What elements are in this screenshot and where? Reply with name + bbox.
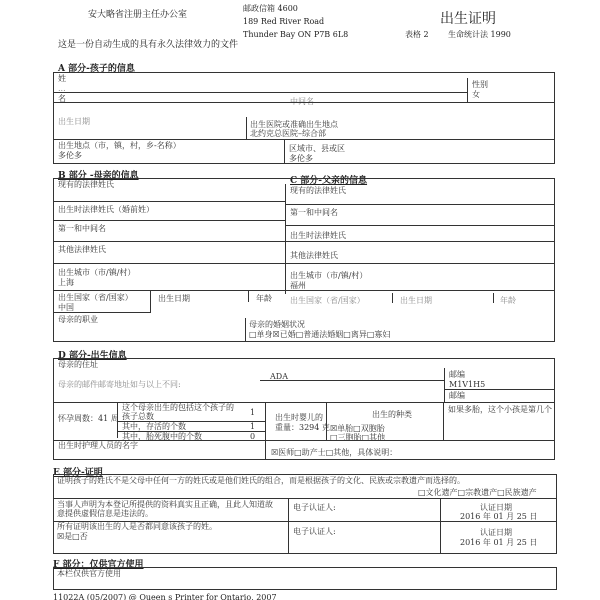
father-other-surname-label: 其他法律姓氏 xyxy=(290,251,338,260)
total-children-label: 这个母亲出生的包括这个孩子的孩子总数 xyxy=(122,403,234,421)
mother-residence-label: 母亲的住址 xyxy=(58,360,98,369)
mother-birth-date-label: 出生日期 xyxy=(158,294,190,303)
attendant-type-options[interactable]: ☒医师□助产士□其他，具体说明： xyxy=(271,448,397,457)
sex-label: 性别 xyxy=(472,80,488,89)
mother-birth-city-value: 上海 xyxy=(58,278,74,287)
declaration-line-2: 意提供虚假信息是违法的。 xyxy=(57,509,153,518)
mother-age-label: 年龄 xyxy=(256,294,272,303)
child-surname-label: 姓 xyxy=(58,74,66,83)
permanent-notice: 这是一份自动生成的具有永久法律效力的文件 xyxy=(58,40,238,50)
certifier-label-1: 电子认证人: xyxy=(293,503,336,512)
surname-heritage-statement: 证明孩子的姓氏不是父母中任何一方的姓氏或是他们姓氏的组合，而是根据孩子的文化、民… xyxy=(57,476,465,485)
father-age-label: 年龄 xyxy=(500,296,516,305)
birth-type-line-1[interactable]: ☒单胎□双胞胎 xyxy=(330,424,385,433)
region-value: 多伦多 xyxy=(289,154,313,163)
postal-code-value: M1V1H5 xyxy=(449,380,485,389)
father-birth-date-label: 出生日期 xyxy=(400,296,432,305)
gestation-weeks: 怀孕周数：41 周 xyxy=(58,414,119,423)
declaration-line-1: 当事人声明为本登记所提供的资料真实且正确，且此人知道故 xyxy=(57,500,273,509)
father-first-middle-label: 第一和中间名 xyxy=(290,208,338,217)
address-line-1: 邮政信箱 4600 xyxy=(243,4,298,13)
section-f-box xyxy=(53,567,557,590)
address-line-2: 189 Red River Road xyxy=(243,17,324,26)
living-count-label: 其中，存活的个数 xyxy=(122,422,186,431)
marital-status-options[interactable]: □单身☒已婚□普通法婚姻□离异□寡妇 xyxy=(249,330,390,339)
mother-occupation-label: 母亲的职业 xyxy=(58,315,98,324)
form-number: 表格 2 xyxy=(405,30,429,39)
certification-date-value-1: 2016 年 01 月 25 日 xyxy=(460,512,537,521)
marital-status-label: 母亲的婚姻状况 xyxy=(249,320,305,329)
father-current-surname-label: 现有的法律姓氏 xyxy=(290,186,346,195)
sex-value: 女 xyxy=(472,90,480,99)
certifier-label-2: 电子认证人: xyxy=(293,527,336,536)
statute-name: 生命统计法 1990 xyxy=(448,30,511,39)
father-birth-city-value: 福州 xyxy=(290,281,306,290)
consent-label: 所有证明该出生的人是否都同意该孩子的姓。 xyxy=(57,522,217,531)
certification-date-label-1: 认证日期 xyxy=(480,503,512,512)
father-birth-surname-label: 出生时法律姓氏 xyxy=(290,231,346,240)
total-children-value: 1 xyxy=(250,408,255,417)
mother-birth-city-label: 出生城市（市/镇/村） xyxy=(58,268,135,277)
mother-first-middle-label: 第一和中间名 xyxy=(58,224,106,233)
heritage-options[interactable]: □文化遗产□宗教遗产□民族遗产 xyxy=(418,488,537,497)
living-count-value: 1 xyxy=(250,422,255,431)
region-label: 区域市、县或区 xyxy=(289,144,345,153)
hospital-value: 北约克总医院–综合部 xyxy=(250,129,326,138)
mailing-postal-label: 邮编 xyxy=(449,391,465,400)
document-title: 出生证明 xyxy=(440,12,496,27)
official-use-label: 本栏仅供官方使用 xyxy=(57,569,121,578)
mother-birth-country-label: 出生国家（省/国家） xyxy=(58,293,133,302)
postal-code-label: 邮编 xyxy=(449,370,465,379)
birth-type-label: 出生的种类 xyxy=(372,410,412,419)
certification-date-value-2: 2016 年 01 月 25 日 xyxy=(460,538,537,547)
printer-footer: 11022A (05/2007) @ Queen s Printer for O… xyxy=(53,593,277,600)
certification-date-label-2: 认证日期 xyxy=(480,528,512,537)
attendant-name-label: 出生时护理人员的名字 xyxy=(58,441,138,450)
child-birth-date-label: 出生日期 xyxy=(58,117,90,126)
mother-current-surname-label: 现有的法律姓氏 xyxy=(58,180,114,189)
multiple-birth-order-label: 如果多胎，这个小孩是第几个 xyxy=(448,405,552,414)
mother-birth-surname-label: 出生时法律姓氏（婚前姓） xyxy=(58,205,154,214)
mother-birth-country-value: 中国 xyxy=(58,303,74,312)
birth-weight-value: 重量：3294 克 xyxy=(275,423,330,432)
office-name: 安大略省注册主任办公室 xyxy=(88,10,187,20)
father-birth-country-label: 出生国家（省/国家） xyxy=(290,296,365,305)
father-birth-city-label: 出生城市（市/镇/村） xyxy=(290,271,367,280)
address-line-3: Thunder Bay ON P7B 6L8 xyxy=(243,30,348,39)
birth-place-value: 多伦多 xyxy=(58,151,82,160)
consent-options[interactable]: ☒是□否 xyxy=(57,532,88,541)
hospital-label: 出生医院或准确出生地点 xyxy=(250,120,338,129)
birth-weight-label: 出生时婴儿的 xyxy=(275,413,323,422)
mailing-address-label: 母亲的邮件邮寄地址如与以上不同: xyxy=(58,380,181,389)
birth-place-label: 出生地点（市，镇，村，乡-名称） xyxy=(58,141,181,150)
mother-other-surname-label: 其他法律姓氏 xyxy=(58,245,106,254)
section-bc-box xyxy=(53,178,555,342)
